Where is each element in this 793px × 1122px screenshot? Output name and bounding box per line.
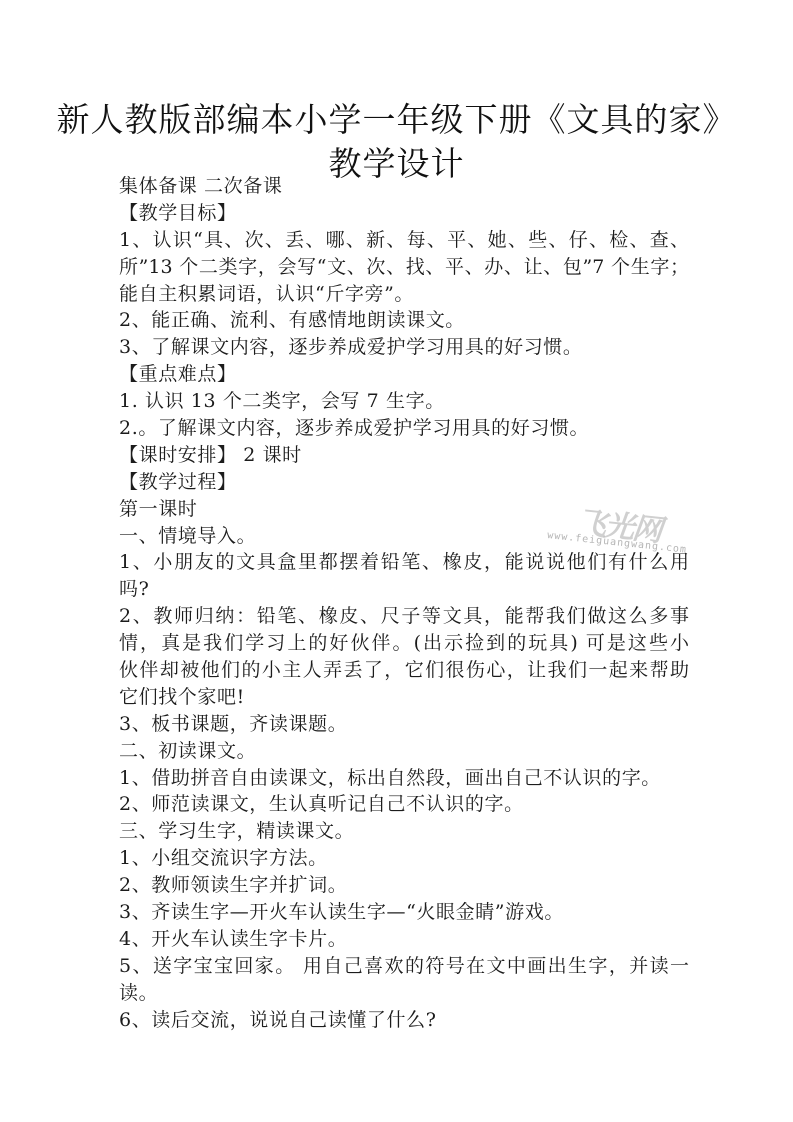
document-title-line-1: 新人教版部编本小学一年级下册《文具的家》 bbox=[0, 94, 793, 141]
document-line: 3、板书课题，齐读课题。 bbox=[119, 711, 689, 738]
document-page: 新人教版部编本小学一年级下册《文具的家》 教学设计 集体备课 二次备课【教学目标… bbox=[0, 0, 793, 1122]
document-line: 1、借助拼音自由读课文，标出自然段，画出自己不认识的字。 bbox=[119, 765, 689, 792]
document-line: 2、能正确、流利、有感情地朗读课文。 bbox=[119, 307, 689, 334]
document-line: 4、开火车认读生字卡片。 bbox=[119, 926, 689, 953]
document-line: 能自主积累词语，认识“斤字旁”。 bbox=[119, 281, 689, 308]
document-line: 读。 bbox=[119, 980, 689, 1007]
document-line: 【教学过程】 bbox=[119, 469, 689, 496]
document-line: 第一课时 bbox=[119, 496, 689, 523]
document-line: 【教学目标】 bbox=[119, 200, 689, 227]
document-line: 它们找个家吧! bbox=[119, 684, 689, 711]
document-line: 1、认识“具、次、丢、哪、新、每、平、她、些、仔、检、查、 bbox=[119, 227, 689, 254]
document-line: 2、教师归纳：铅笔、橡皮、尺子等文具，能帮我们做这么多事 bbox=[119, 603, 689, 630]
document-line: 1. 认识 13 个二类字，会写 7 生字。 bbox=[119, 388, 689, 415]
document-line: 2、教师领读生字并扩词。 bbox=[119, 872, 689, 899]
document-line: 三、学习生字，精读课文。 bbox=[119, 818, 689, 845]
document-line: 6、读后交流，说说自己读懂了什么? bbox=[119, 1007, 689, 1034]
document-line: 3、齐读生字—开火车认读生字—“火眼金睛”游戏。 bbox=[119, 899, 689, 926]
document-line: 5、送字宝宝回家。 用自己喜欢的符号在文中画出生字，并读一 bbox=[119, 953, 689, 980]
document-line: 集体备课 二次备课 bbox=[119, 173, 689, 200]
document-line: 二、初读课文。 bbox=[119, 738, 689, 765]
document-line: 2、师范读课文，生认真听记自己不认识的字。 bbox=[119, 791, 689, 818]
document-line: 情，真是我们学习上的好伙伴。(出示捡到的玩具) 可是这些小 bbox=[119, 630, 689, 657]
document-line: 所”13 个二类字，会写“文、次、找、平、办、让、包”7 个生字； bbox=[119, 254, 689, 281]
document-line: 1、小朋友的文具盒里都摆着铅笔、橡皮，能说说他们有什么用 bbox=[119, 549, 689, 576]
document-line: 【课时安排】 2 课时 bbox=[119, 442, 689, 469]
document-line: 3、了解课文内容，逐步养成爱护学习用具的好习惯。 bbox=[119, 334, 689, 361]
document-line: 【重点难点】 bbox=[119, 361, 689, 388]
document-line: 1、小组交流识字方法。 bbox=[119, 845, 689, 872]
document-line: 伙伴却被他们的小主人弄丢了，它们很伤心，让我们一起来帮助 bbox=[119, 657, 689, 684]
document-line: 吗? bbox=[119, 576, 689, 603]
document-line: 一、情境导入。 bbox=[119, 523, 689, 550]
document-body: 集体备课 二次备课【教学目标】1、认识“具、次、丢、哪、新、每、平、她、些、仔、… bbox=[119, 173, 689, 1034]
document-line: 2.。了解课文内容，逐步养成爱护学习用具的好习惯。 bbox=[119, 415, 689, 442]
